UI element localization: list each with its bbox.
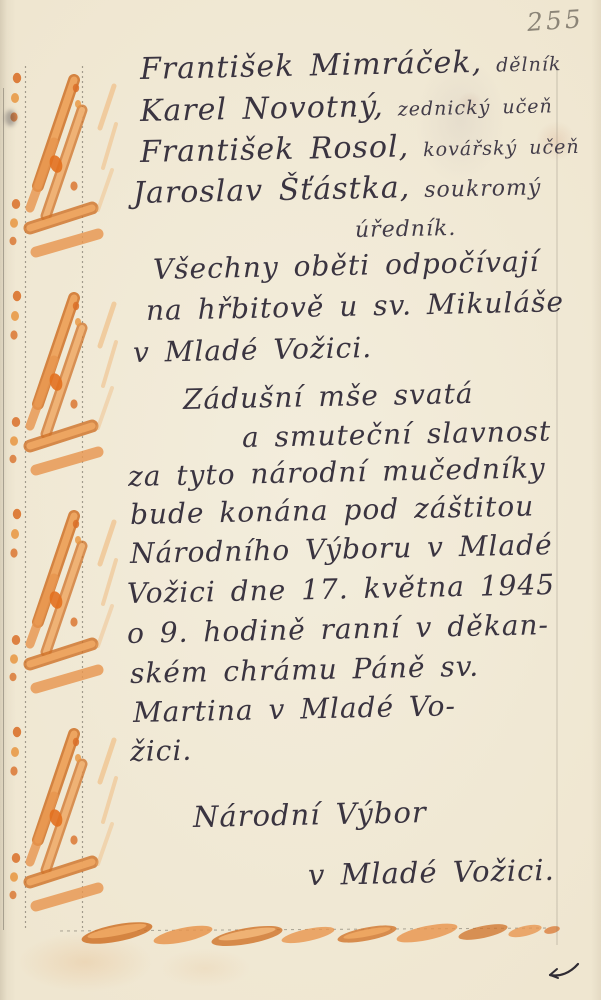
manuscript-line: ském chrámu Páně sv. [130, 650, 480, 690]
victim-occupation: kovářský učeň [423, 136, 580, 161]
right-margin-rule [550, 60, 564, 950]
victim-name: František Rosol, [140, 129, 410, 170]
manuscript-line: v Mladé Vožici. [133, 331, 373, 369]
manuscript-line: František Mimráček,dělník [140, 43, 562, 87]
signature-line: v Mladé Vožici. [308, 853, 556, 892]
manuscript-line: Národního Výboru v Mladé [130, 528, 553, 570]
victim-occupation: dělník [496, 53, 562, 76]
manuscript-line: a smuteční slavnost [242, 415, 552, 454]
left-ornament-border-icon [0, 58, 122, 932]
signature-line: Národní Výbor [193, 795, 427, 834]
manuscript-line: Karel Novotný,zednický učeň [140, 85, 553, 129]
manuscript-line: Zádušní mše svatá [183, 377, 474, 416]
pen-checkmark-icon [540, 958, 582, 990]
manuscript-line: o 9. hodině ranní v děkan- [127, 608, 550, 650]
manuscript-line: na hřbitově u sv. Mikuláše [146, 285, 565, 327]
victim-occupation: úředník. [355, 216, 457, 243]
manuscript-line: Martina v Mladé Vo- [133, 689, 457, 729]
manuscript-line: za tyto národní mučedníky [128, 451, 546, 493]
victim-occupation: zednický učeň [398, 95, 553, 120]
manuscript-line: úředník. [355, 216, 457, 243]
manuscript-line: žici. [130, 734, 193, 768]
victim-occupation: soukromý [424, 175, 542, 202]
page-number: 255 [526, 4, 585, 37]
manuscript-line: Vožici dne 17. května 1945 [127, 568, 556, 610]
manuscript-line: František Rosol,kovářský učeň [140, 126, 580, 170]
manuscript-line: bude konána pod záštitou [130, 490, 535, 531]
bottom-ornament-border-icon [55, 910, 565, 958]
manuscript-line: Jaroslav Šťástka,soukromý [133, 167, 542, 211]
manuscript-line: Všechny oběti odpočívají [153, 245, 540, 286]
victim-name: Jaroslav Šťástka, [133, 170, 411, 211]
victim-name: Karel Novotný, [140, 89, 384, 129]
manuscript-page: 255 František Mimráček,dělník Karel Novo… [0, 0, 601, 1000]
ink-smudge [5, 110, 16, 126]
victim-name: František Mimráček, [140, 45, 483, 87]
